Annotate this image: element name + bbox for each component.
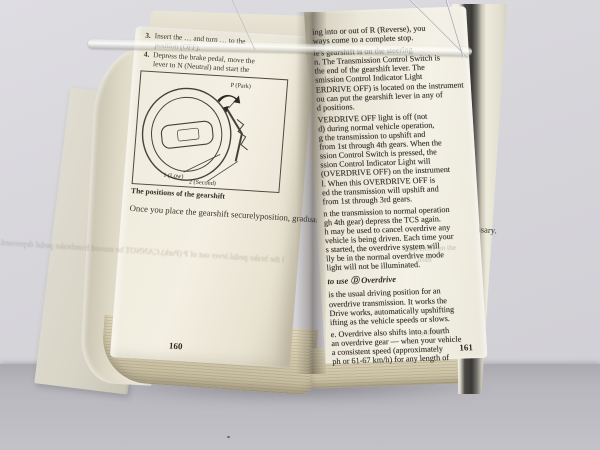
numbered-instructions: 3. Insert the … and turn … to the positi… bbox=[143, 31, 310, 79]
body-paragraph: Once you place the gearshift securelypos… bbox=[129, 198, 298, 226]
show-through-ghost-text: rotating bbox=[420, 327, 444, 337]
show-through-ghost-text: l the brake pedal.lever out of P (Park).… bbox=[124, 240, 285, 268]
paragraph: ing into or out of R (Reverse), youways … bbox=[312, 22, 465, 45]
ghost-line: lever out of P (Park). bbox=[159, 248, 228, 261]
label-second: 2 (Second) bbox=[189, 179, 216, 188]
right-page: ing into or out of R (Reverse), youways … bbox=[304, 6, 487, 363]
paragraph: VERDRIVE OFF light is off (notd) during … bbox=[317, 110, 475, 206]
book-gutter-shadow bbox=[296, 12, 326, 374]
page-number-right: 161 bbox=[459, 342, 473, 352]
paragraph: is the usual driving position for anover… bbox=[328, 285, 482, 327]
overdrive-section-heading: to use Ⓓ Overdrive bbox=[327, 270, 480, 287]
ghost-line: l the brake pedal. bbox=[227, 252, 284, 264]
left-page: 3. Insert the … and turn … to the positi… bbox=[110, 26, 316, 368]
page-number-left: 160 bbox=[169, 341, 183, 352]
show-through-ghost-text: than Drive on the bbox=[404, 243, 456, 254]
book-photo: ii 3. Insert the … and turn … to the pos… bbox=[0, 0, 600, 450]
item-number: 4. bbox=[143, 49, 149, 58]
right-page-text: ing into or out of R (Reverse), youways … bbox=[312, 22, 485, 369]
steering-wheel-illustration: P (Park) 1 (Low) 2 (Second) bbox=[133, 71, 285, 189]
show-through-ghost-text: from bbox=[417, 255, 432, 264]
gearshift-diagram: P (Park) 1 (Low) 2 (Second) bbox=[132, 70, 289, 193]
paragraph: n the transmission to normal operationgh… bbox=[323, 204, 479, 273]
item-number: 3. bbox=[145, 31, 151, 40]
label-low: 1 (Low) bbox=[163, 172, 184, 180]
text-line: Once you place the gearshift securely bbox=[129, 203, 260, 221]
label-park: P (Park) bbox=[230, 82, 251, 90]
table-speck bbox=[227, 436, 230, 438]
